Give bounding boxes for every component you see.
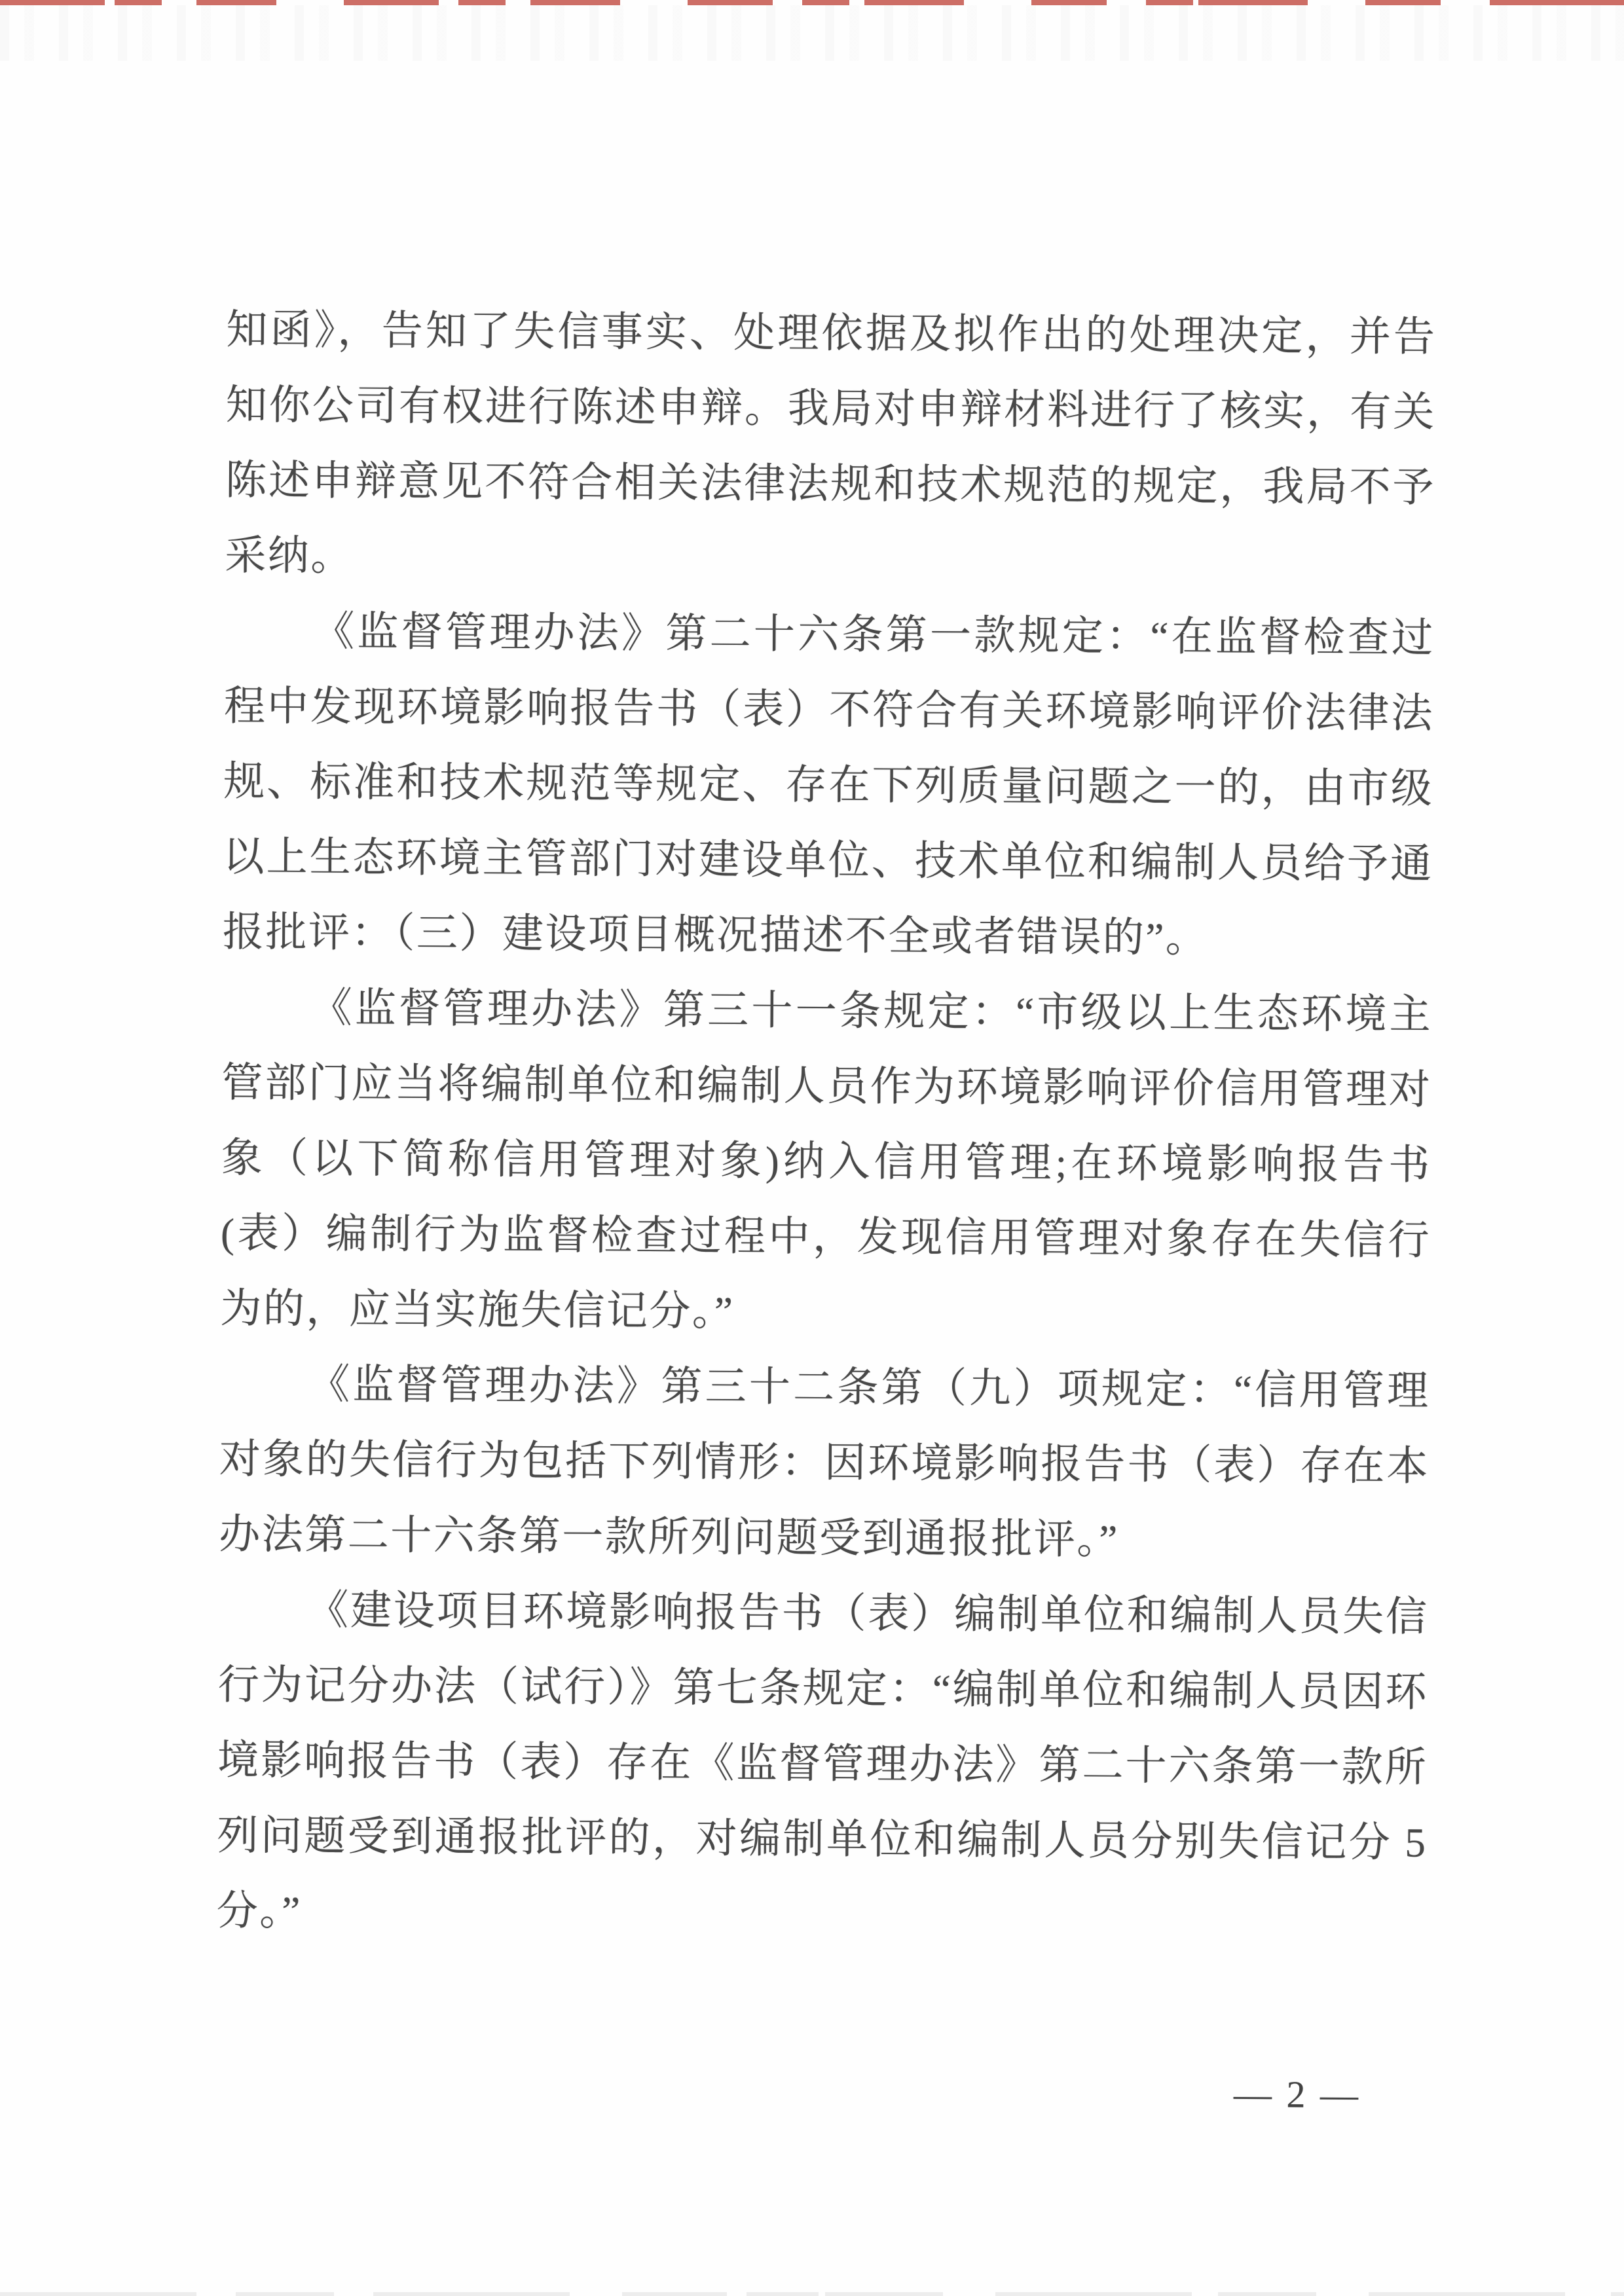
page-number: — 2 — [1212,2065,1383,2125]
paragraph-scoring-measures-article-7: 《建设项目环境影响报告书（表）编制单位和编制人员失信行为记分办法（试行）》第七条… [216,1572,1428,1956]
paragraph-regulation-article-26: 《监督管理办法》第二十六条第一款规定：“在监督检查过程中发现环境影响报告书（表）… [223,594,1435,977]
document-body: 知函》，告知了失信事实、处理依据及拟作出的处理决定，并告知你公司有权进行陈述申辩… [216,293,1436,1956]
paragraph-continuation: 知函》，告知了失信事实、处理依据及拟作出的处理决定，并告知你公司有权进行陈述申辩… [225,293,1437,601]
printed-area: 知函》，告知了失信事实、处理依据及拟作出的处理决定，并告知你公司有权进行陈述申辩… [0,0,1624,2296]
paragraph-regulation-article-31: 《监督管理办法》第三十一条规定：“市级以上生态环境主管部门应当将编制单位和编制人… [220,970,1432,1354]
scan-artifact-bottom-edge [0,2292,1624,2296]
paragraph-regulation-article-32: 《监督管理办法》第三十二条第（九）项规定：“信用管理对象的失信行为包括下列情形：… [219,1346,1430,1579]
document-page: 知函》，告知了失信事实、处理依据及拟作出的处理决定，并告知你公司有权进行陈述申辩… [0,0,1624,2296]
